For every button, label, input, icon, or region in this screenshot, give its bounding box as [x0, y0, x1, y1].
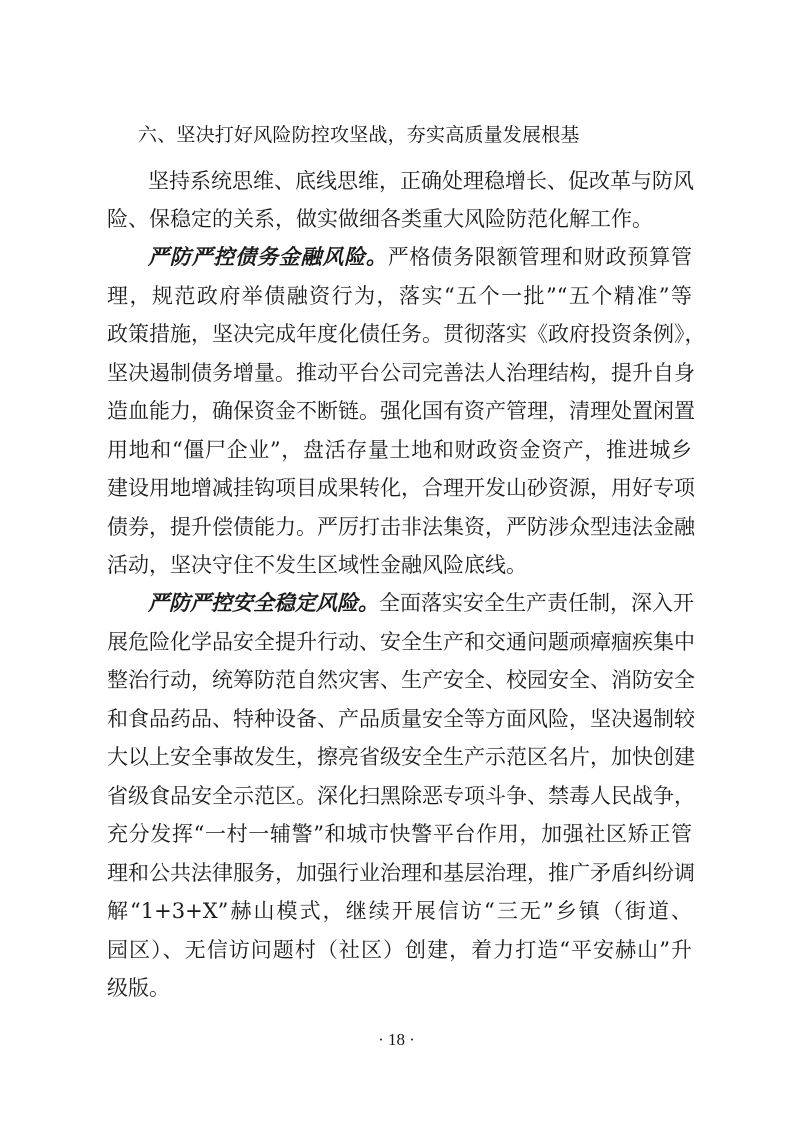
- paragraph-debt-line: 用地和“僵尸企业”，盘活存量土地和财政资金资产，推进城乡: [107, 431, 692, 469]
- paragraph-safety-line: 展危险化学品安全提升行动、安全生产和交通问题顽瘴痼疾集中: [107, 623, 692, 661]
- paragraph-safety-line: 和食品药品、特种设备、产品质量安全等方面风险，坚决遏制较: [107, 700, 692, 738]
- paragraph-intro-line: 险、保稳定的关系，做实做细各类重大风险防范化解工作。: [107, 200, 692, 238]
- paragraph-debt-line: 政策措施，坚决完成年度化债任务。贯彻落实《政府投资条例》，: [107, 315, 692, 353]
- paragraph-debt-line: 建设用地增减挂钩项目成果转化，合理开发山砂资源，用好专项: [107, 469, 692, 507]
- paragraph-debt-line: 严防严控债务金融风险。严格债务限额管理和财政预算管: [148, 238, 692, 276]
- paragraph-safety-line: 园区）、无信访问题村（社区）创建，着力打造“平安赫山”升: [107, 931, 692, 969]
- paragraph-safety-line: 级版。: [107, 969, 692, 1007]
- paragraph-safety-line: 解“1+3+X”赫山模式，继续开展信访“三无”乡镇（街道、: [107, 892, 692, 930]
- paragraph-debt-line: 活动，坚决守住不发生区域性金融风险底线。: [107, 546, 692, 584]
- paragraph-safety-lead: 严防严控安全稳定风险。: [148, 590, 379, 615]
- paragraph-debt-text: 严格债务限额管理和财政预算管: [388, 245, 692, 269]
- paragraph-safety-line: 省级食品安全示范区。深化扫黑除恶专项斗争、禁毒人民战争，: [107, 777, 692, 815]
- section-heading: 六、坚决打好风险防控攻坚战，夯实高质量发展根基: [138, 116, 580, 154]
- paragraph-safety-line: 理和公共法律服务，加强行业治理和基层治理，推广矛盾纠纷调: [107, 854, 692, 892]
- paragraph-debt-line: 理，规范政府举债融资行为，落实“五个一批”“五个精准”等: [107, 277, 692, 315]
- paragraph-debt-line: 债券，提升偿债能力。严厉打击非法集资，严防涉众型违法金融: [107, 508, 692, 546]
- paragraph-safety-line: 大以上安全事故发生，擦亮省级安全生产示范区名片，加快创建: [107, 738, 692, 776]
- document-page: 六、坚决打好风险防控攻坚战，夯实高质量发展根基 坚持系统思维、底线思维，正确处理…: [0, 0, 793, 1122]
- paragraph-debt-line: 造血能力，确保资金不断链。强化国有资产管理，清理处置闲置: [107, 392, 692, 430]
- paragraph-safety-line: 严防严控安全稳定风险。全面落实安全生产责任制，深入开: [148, 584, 692, 622]
- page-number: · 18 ·: [0, 1030, 793, 1050]
- paragraph-debt-lead: 严防严控债务金融风险。: [148, 244, 388, 269]
- paragraph-debt-line: 坚决遏制债务增量。推动平台公司完善法人治理结构，提升自身: [107, 354, 692, 392]
- paragraph-safety-line: 充分发挥“一村一辅警”和城市快警平台作用，加强社区矫正管: [107, 815, 692, 853]
- paragraph-intro-line: 坚持系统思维、底线思维，正确处理稳增长、促改革与防风: [148, 162, 692, 200]
- paragraph-safety-text: 全面落实安全生产责任制，深入开: [379, 591, 694, 615]
- paragraph-safety-line: 整治行动，统筹防范自然灾害、生产安全、校园安全、消防安全: [107, 661, 692, 699]
